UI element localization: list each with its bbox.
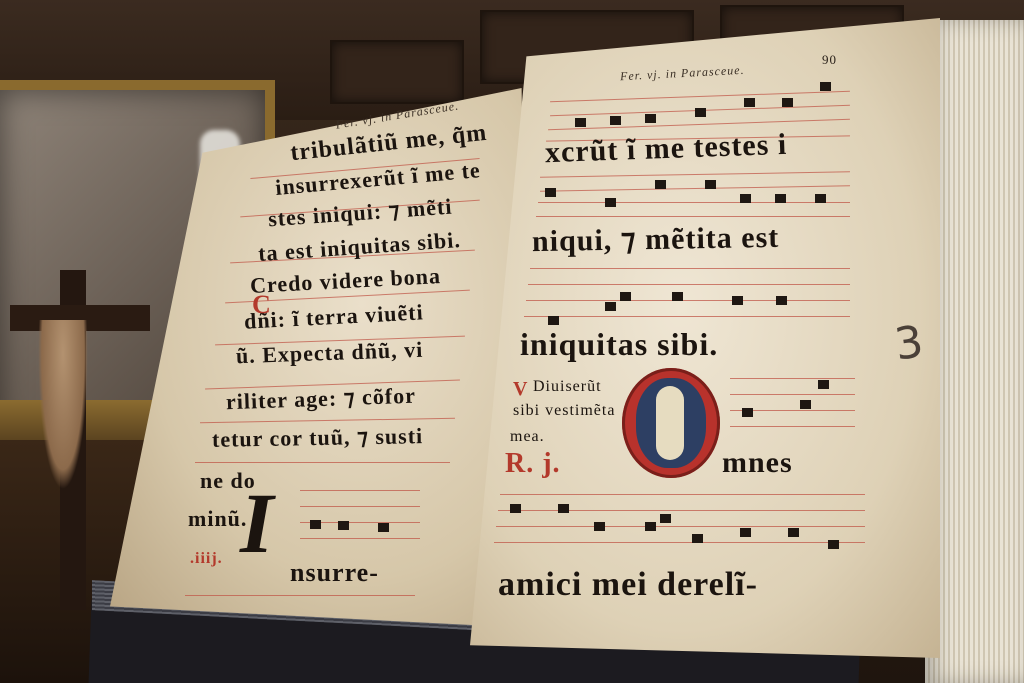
staff-line <box>530 268 850 269</box>
chant-neume <box>828 540 839 549</box>
staff-line <box>536 216 850 217</box>
chant-neume <box>645 114 656 123</box>
right-text-line: iniquitas sibi. <box>520 326 718 363</box>
verse-marker: V <box>513 378 528 401</box>
left-text-after-initial: nsurre- <box>290 558 379 588</box>
chant-neume <box>510 504 521 513</box>
staff-line <box>528 284 850 285</box>
staff-line <box>498 510 865 511</box>
staff-line <box>185 595 415 596</box>
chant-neume <box>338 521 349 530</box>
chant-neume <box>732 296 743 305</box>
left-text-line: minũ. <box>188 506 247 532</box>
chant-neume <box>782 98 793 107</box>
verse-line: mea. <box>510 428 545 446</box>
illuminated-initial-o <box>622 368 720 478</box>
staff-line <box>195 462 450 463</box>
chant-neume <box>594 522 605 531</box>
staff-line <box>730 426 855 427</box>
chant-neume <box>672 292 683 301</box>
chant-neume <box>775 194 786 203</box>
verse-line: Diuiserũt <box>533 378 602 396</box>
chant-neume <box>818 380 829 389</box>
staff-line <box>496 526 865 527</box>
staff-line <box>538 202 850 203</box>
chant-neume <box>815 194 826 203</box>
chant-neume <box>378 523 389 532</box>
left-rubric: .iiij. <box>190 550 223 568</box>
staff-line <box>730 394 855 395</box>
chant-neume <box>605 302 616 311</box>
initial-cream-center <box>656 386 684 460</box>
cabinet-panel <box>330 40 464 104</box>
staff-line <box>524 316 850 317</box>
staff-line <box>526 300 850 301</box>
chant-neume <box>545 188 556 197</box>
right-text-line: niqui, ⁊ mẽtita est <box>532 220 780 259</box>
chant-neume <box>548 316 559 325</box>
chant-neume <box>740 194 751 203</box>
chant-neume <box>692 534 703 543</box>
chant-neume <box>558 504 569 513</box>
chant-neume <box>788 528 799 537</box>
staff-line <box>730 378 855 379</box>
staff-line <box>300 490 420 491</box>
verse-line: sibi vestimẽta <box>513 402 615 420</box>
chant-neume <box>776 296 787 305</box>
chant-neume <box>610 116 621 125</box>
chant-neume <box>800 400 811 409</box>
chant-neume <box>605 198 616 207</box>
staff-line <box>300 538 420 539</box>
photo-scene: Fer. vj. in Parasceue. tribulãtiũ me, q̃… <box>0 0 1024 683</box>
chant-neume <box>742 408 753 417</box>
staff-line <box>300 506 420 507</box>
chant-neume <box>705 180 716 189</box>
chant-neume <box>740 528 751 537</box>
crucifix-figure <box>38 320 88 490</box>
chant-neume <box>575 118 586 127</box>
right-text-line: amici mei derelĩ- <box>498 566 758 604</box>
page-number: 90 <box>822 52 837 68</box>
chant-neume <box>655 180 666 189</box>
initial-letter-i: I <box>240 480 273 566</box>
left-text-line: tetur cor tuũ, ⁊ susti <box>212 423 424 453</box>
chant-neume <box>660 514 671 523</box>
chant-neume <box>820 82 831 91</box>
red-marker-c: C <box>252 290 272 320</box>
right-text-after-initial: mnes <box>722 446 793 480</box>
chant-neume <box>645 522 656 531</box>
responsory-marker: R. j. <box>505 448 561 480</box>
chant-neume <box>744 98 755 107</box>
staff-line <box>494 542 865 543</box>
chant-neume <box>620 292 631 301</box>
staff-line <box>500 494 865 495</box>
chant-neume <box>695 108 706 117</box>
chant-neume <box>310 520 321 529</box>
